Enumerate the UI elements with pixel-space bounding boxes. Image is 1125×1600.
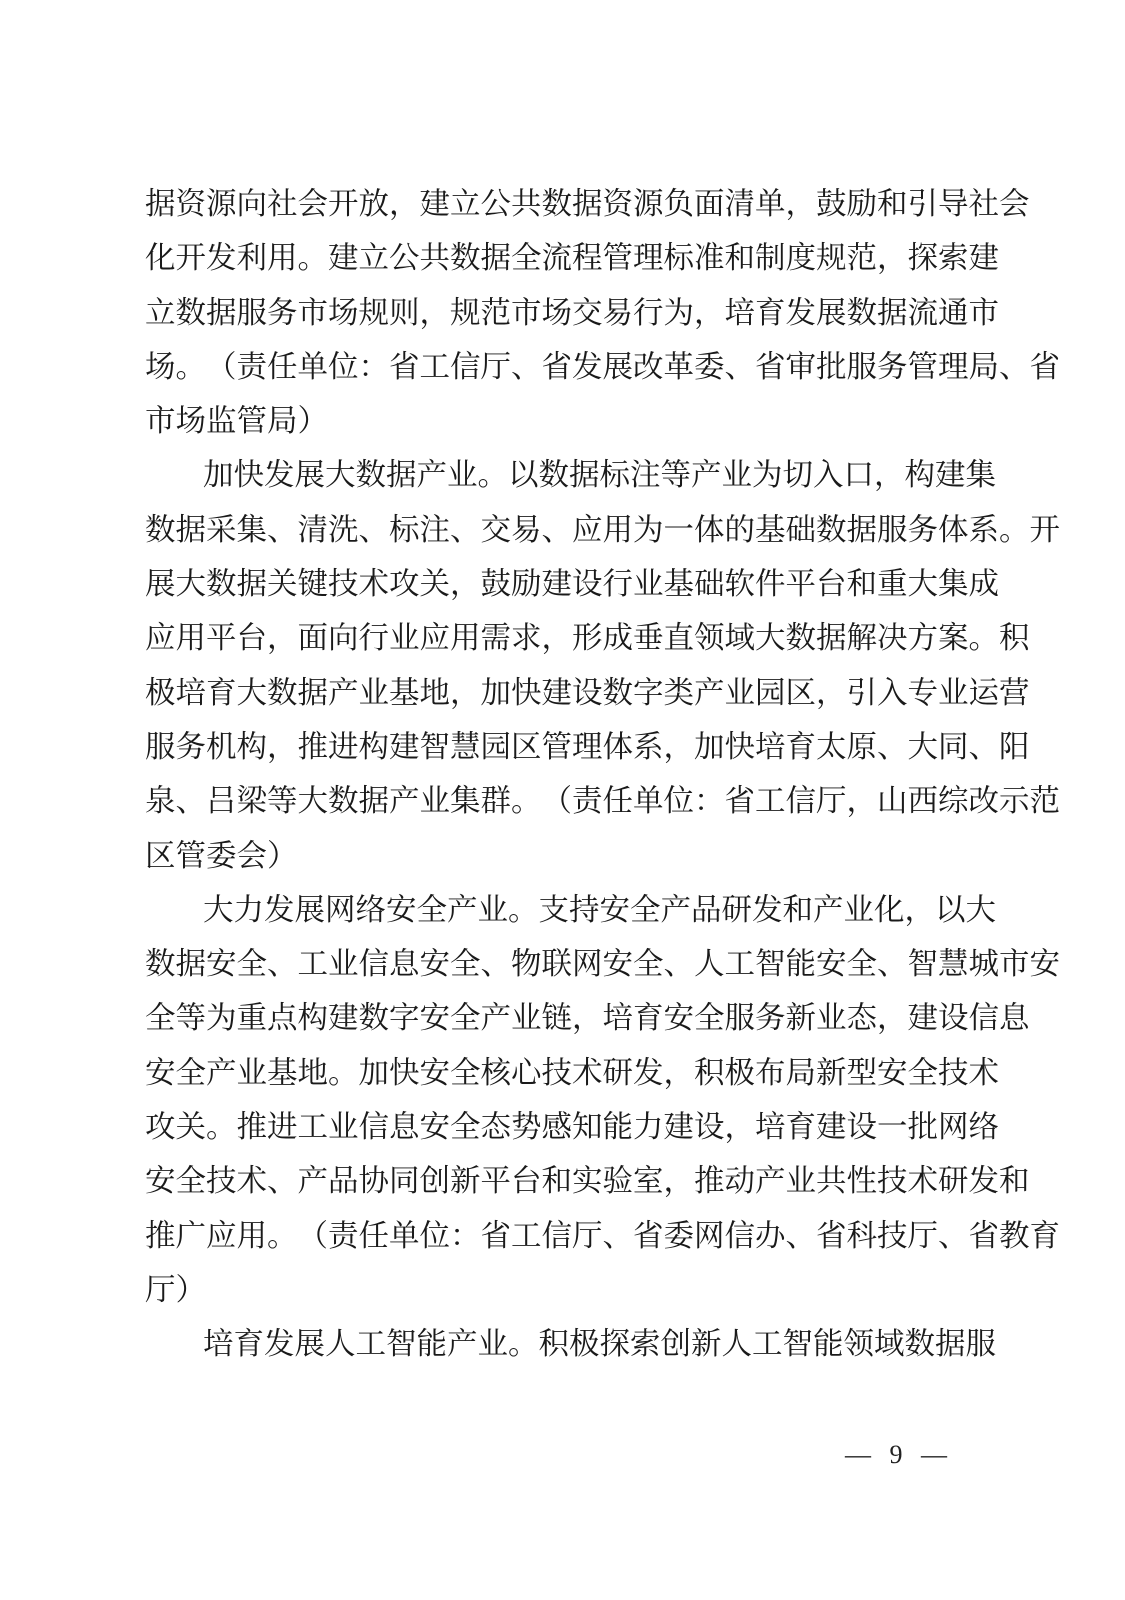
text-line: 展大数据关键技术攻关，鼓励建设行业基础软件平台和重大集成 bbox=[145, 563, 960, 617]
paragraph-start-cybersecurity-industry: 大力发展网络安全产业。支持安全产品研发和产业化，以大 bbox=[145, 889, 960, 943]
page-number: — 9 — bbox=[845, 1440, 953, 1470]
text-line: 化开发利用。建立公共数据全流程管理标准和制度规范，探索建 bbox=[145, 237, 960, 291]
text-line: 场。（责任单位：省工信厅、省发展改革委、省审批服务管理局、省 bbox=[145, 346, 960, 400]
text-line: 推广应用。（责任单位：省工信厅、省委网信办、省科技厅、省教育 bbox=[145, 1215, 960, 1269]
text-line: 服务机构，推进构建智慧园区管理体系，加快培育太原、大同、阳 bbox=[145, 726, 960, 780]
text-line: 数据采集、清洗、标注、交易、应用为一体的基础数据服务体系。开 bbox=[145, 509, 960, 563]
text-line: 极培育大数据产业基地，加快建设数字类产业园区，引入专业运营 bbox=[145, 672, 960, 726]
paragraph-start-ai-industry: 培育发展人工智能产业。积极探索创新人工智能领域数据服 bbox=[145, 1323, 960, 1377]
text-line: 立数据服务市场规则，规范市场交易行为，培育发展数据流通市 bbox=[145, 292, 960, 346]
body-text: 据资源向社会开放，建立公共数据资源负面清单，鼓励和引导社会 化开发利用。建立公共… bbox=[145, 183, 960, 1378]
text-line: 区管委会） bbox=[145, 835, 960, 889]
text-line: 数据安全、工业信息安全、物联网安全、人工智能安全、智慧城市安 bbox=[145, 943, 960, 997]
text-line: 厅） bbox=[145, 1269, 960, 1323]
text-line: 市场监管局） bbox=[145, 400, 960, 454]
text-line: 安全技术、产品协同创新平台和实验室，推动产业共性技术研发和 bbox=[145, 1160, 960, 1214]
text-line: 安全产业基地。加快安全核心技术研发，积极布局新型安全技术 bbox=[145, 1052, 960, 1106]
paragraph-start-big-data-industry: 加快发展大数据产业。以数据标注等产业为切入口，构建集 bbox=[145, 454, 960, 508]
text-line: 攻关。推进工业信息安全态势感知能力建设，培育建设一批网络 bbox=[145, 1106, 960, 1160]
document-page: 据资源向社会开放，建立公共数据资源负面清单，鼓励和引导社会 化开发利用。建立公共… bbox=[0, 0, 1125, 1600]
text-line: 应用平台，面向行业应用需求，形成垂直领域大数据解决方案。积 bbox=[145, 617, 960, 671]
text-line: 全等为重点构建数字安全产业链，培育安全服务新业态，建设信息 bbox=[145, 997, 960, 1051]
text-line: 泉、吕梁等大数据产业集群。（责任单位：省工信厅，山西综改示范 bbox=[145, 780, 960, 834]
text-line: 据资源向社会开放，建立公共数据资源负面清单，鼓励和引导社会 bbox=[145, 183, 960, 237]
